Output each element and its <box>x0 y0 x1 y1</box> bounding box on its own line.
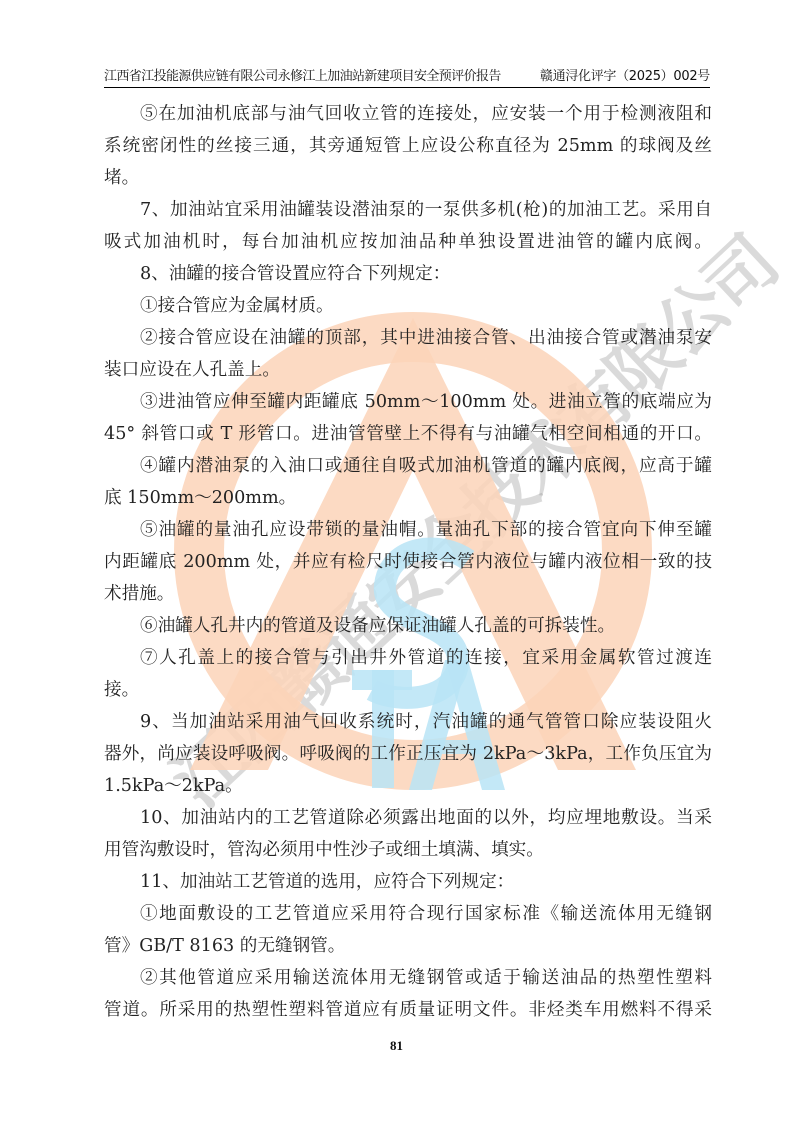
text-line: 术措施。 <box>104 578 712 610</box>
text-line: 10、加油站内的工艺管道除必须露出地面的以外，均应埋地敷设。当采 <box>104 802 712 834</box>
text-line: ⑥油罐人孔井内的管道及设备应保证油罐人孔盖的可拆装性。 <box>104 610 712 642</box>
page-header: 江西省江投能源供应链有限公司永修江上加油站新建项目安全预评价报告 赣通浔化评字（… <box>104 66 710 88</box>
text-line: ②接合管应设在油罐的顶部，其中进油接合管、出油接合管或潜油泵安 <box>104 322 712 354</box>
text-line: ⑤油罐的量油孔应设带锁的量油帽。量油孔下部的接合管宜向下伸至罐 <box>104 514 712 546</box>
text-line: 8、油罐的接合管设置应符合下列规定： <box>104 258 712 290</box>
text-line: 管》GB/T 8163 的无缝钢管。 <box>104 930 712 962</box>
text-line: 装口应设在人孔盖上。 <box>104 354 712 386</box>
page-number: 81 <box>0 1038 793 1054</box>
text-line: 11、加油站工艺管道的选用，应符合下列规定： <box>104 866 712 898</box>
text-line: 1.5kPa～2kPa。 <box>104 770 712 802</box>
text-line: ①接合管应为金属材质。 <box>104 290 712 322</box>
text-line: ②其他管道应采用输送流体用无缝钢管或适于输送油品的热塑性塑料 <box>104 962 712 994</box>
document-number: 赣通浔化评字（2025）002号 <box>540 65 710 84</box>
text-line: 系统密闭性的丝接三通，其旁通短管上应设公称直径为 25mm 的球阀及丝 <box>104 130 712 162</box>
text-line: 内距罐底 200mm 处，并应有检尺时使接合管内液位与罐内液位相一致的技 <box>104 546 712 578</box>
text-line: 9、当加油站采用油气回收系统时，汽油罐的通气管管口除应装设阻火 <box>104 706 712 738</box>
text-line: 45° 斜管口或 T 形管口。进油管管壁上不得有与油罐气相空间相通的开口。 <box>104 418 712 450</box>
text-line: ③进油管应伸至罐内距罐底 50mm～100mm 处。进油立管的底端应为 <box>104 386 712 418</box>
text-line: 器外，尚应装设呼吸阀。呼吸阀的工作正压宜为 2kPa～3kPa，工作负压宜为 <box>104 738 712 770</box>
text-line: 管道。所采用的热塑性塑料管道应有质量证明文件。非烃类车用燃料不得采 <box>104 994 712 1026</box>
text-line: ④罐内潜油泵的入油口或通往自吸式加油机管道的罐内底阀，应高于罐 <box>104 450 712 482</box>
document-page: 江西赣通安全技术有限公司 江西省江投能源供应链有限公司永修江上加油站新建项目安全… <box>0 0 793 1122</box>
text-line: 用管沟敷设时，管沟必须用中性沙子或细土填满、填实。 <box>104 834 712 866</box>
body-text: ⑤在加油机底部与油气回收立管的连接处，应安装一个用于检测液阻和系统密闭性的丝接三… <box>104 98 712 1026</box>
text-line: ⑦人孔盖上的接合管与引出井外管道的连接，宜采用金属软管过渡连 <box>104 642 712 674</box>
text-line: 接。 <box>104 674 712 706</box>
text-line: ①地面敷设的工艺管道应采用符合现行国家标准《输送流体用无缝钢 <box>104 898 712 930</box>
text-line: 吸式加油机时，每台加油机应按加油品种单独设置进油管的罐内底阀。 <box>104 226 712 258</box>
report-title: 江西省江投能源供应链有限公司永修江上加油站新建项目安全预评价报告 <box>104 65 501 84</box>
text-line: 底 150mm～200mm。 <box>104 482 712 514</box>
text-line: 堵。 <box>104 162 712 194</box>
text-line: 7、加油站宜采用油罐装设潜油泵的一泵供多机(枪)的加油工艺。采用自 <box>104 194 712 226</box>
text-line: ⑤在加油机底部与油气回收立管的连接处，应安装一个用于检测液阻和 <box>104 98 712 130</box>
